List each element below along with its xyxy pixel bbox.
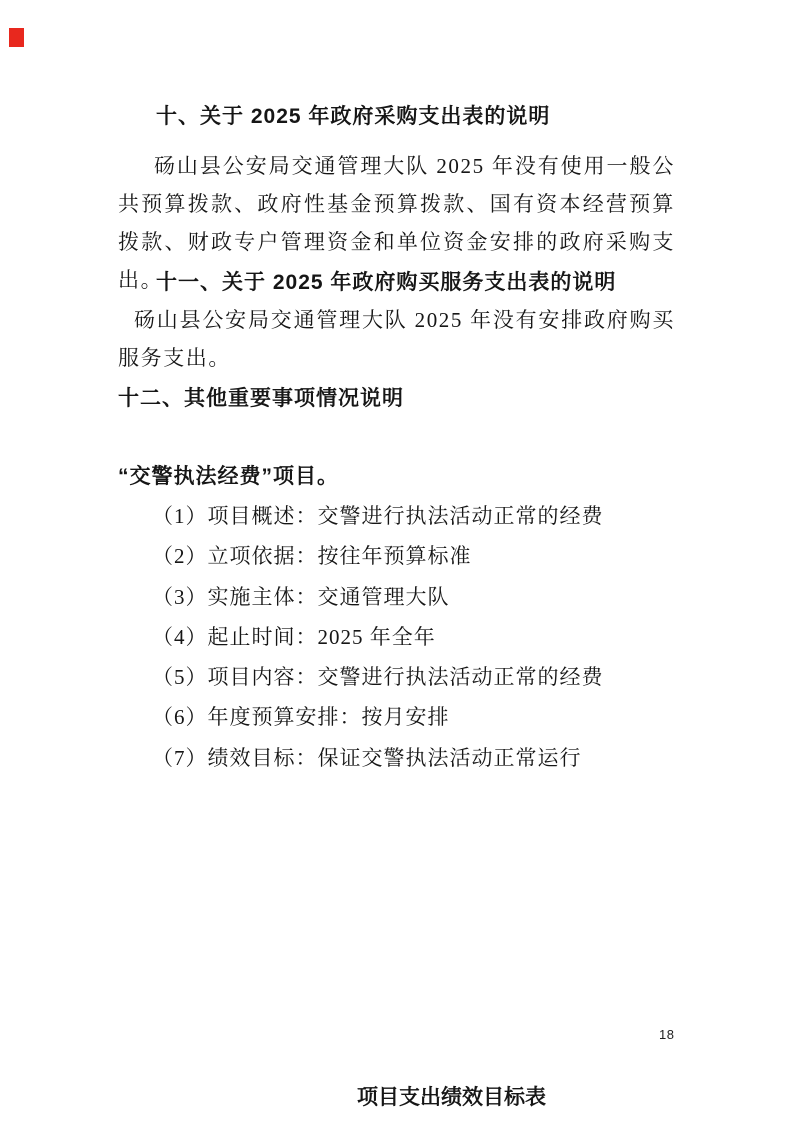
section-12-heading: 十二、其他重要事项情况说明: [118, 386, 678, 412]
red-annotation-mark: [9, 28, 24, 47]
section-10-heading: 十、关于 2025 年政府采购支出表的说明: [118, 104, 678, 130]
project-item-overview: （1）项目概述：交警进行执法活动正常的经费: [118, 496, 678, 536]
section-11-heading: 十一、关于 2025 年政府购买服务支出表的说明: [118, 270, 678, 296]
project-item-implementer: （3）实施主体：交通管理大队: [118, 577, 678, 617]
project-item-list: （1）项目概述：交警进行执法活动正常的经费 （2）立项依据：按往年预算标准 （3…: [118, 496, 678, 778]
project-item-duration: （4）起止时间：2025 年全年: [118, 617, 678, 657]
page-number: 18: [659, 1027, 674, 1042]
project-item-budget-arrangement: （6）年度预算安排：按月安排: [118, 697, 678, 737]
section-11-body: 砀山县公安局交通管理大队 2025 年没有安排政府购买服务支出。: [118, 301, 675, 377]
next-table-title: 项目支出绩效目标表: [357, 1086, 546, 1110]
project-item-performance-goal: （7）绩效目标：保证交警执法活动正常运行: [118, 738, 678, 778]
document-page: 十、关于 2025 年政府采购支出表的说明 砀山县公安局交通管理大队 2025 …: [0, 0, 793, 1122]
project-item-basis: （2）立项依据：按往年预算标准: [118, 536, 678, 576]
project-title: “交警执法经费”项目。: [118, 462, 339, 492]
project-item-content: （5）项目内容：交警进行执法活动正常的经费: [118, 657, 678, 697]
